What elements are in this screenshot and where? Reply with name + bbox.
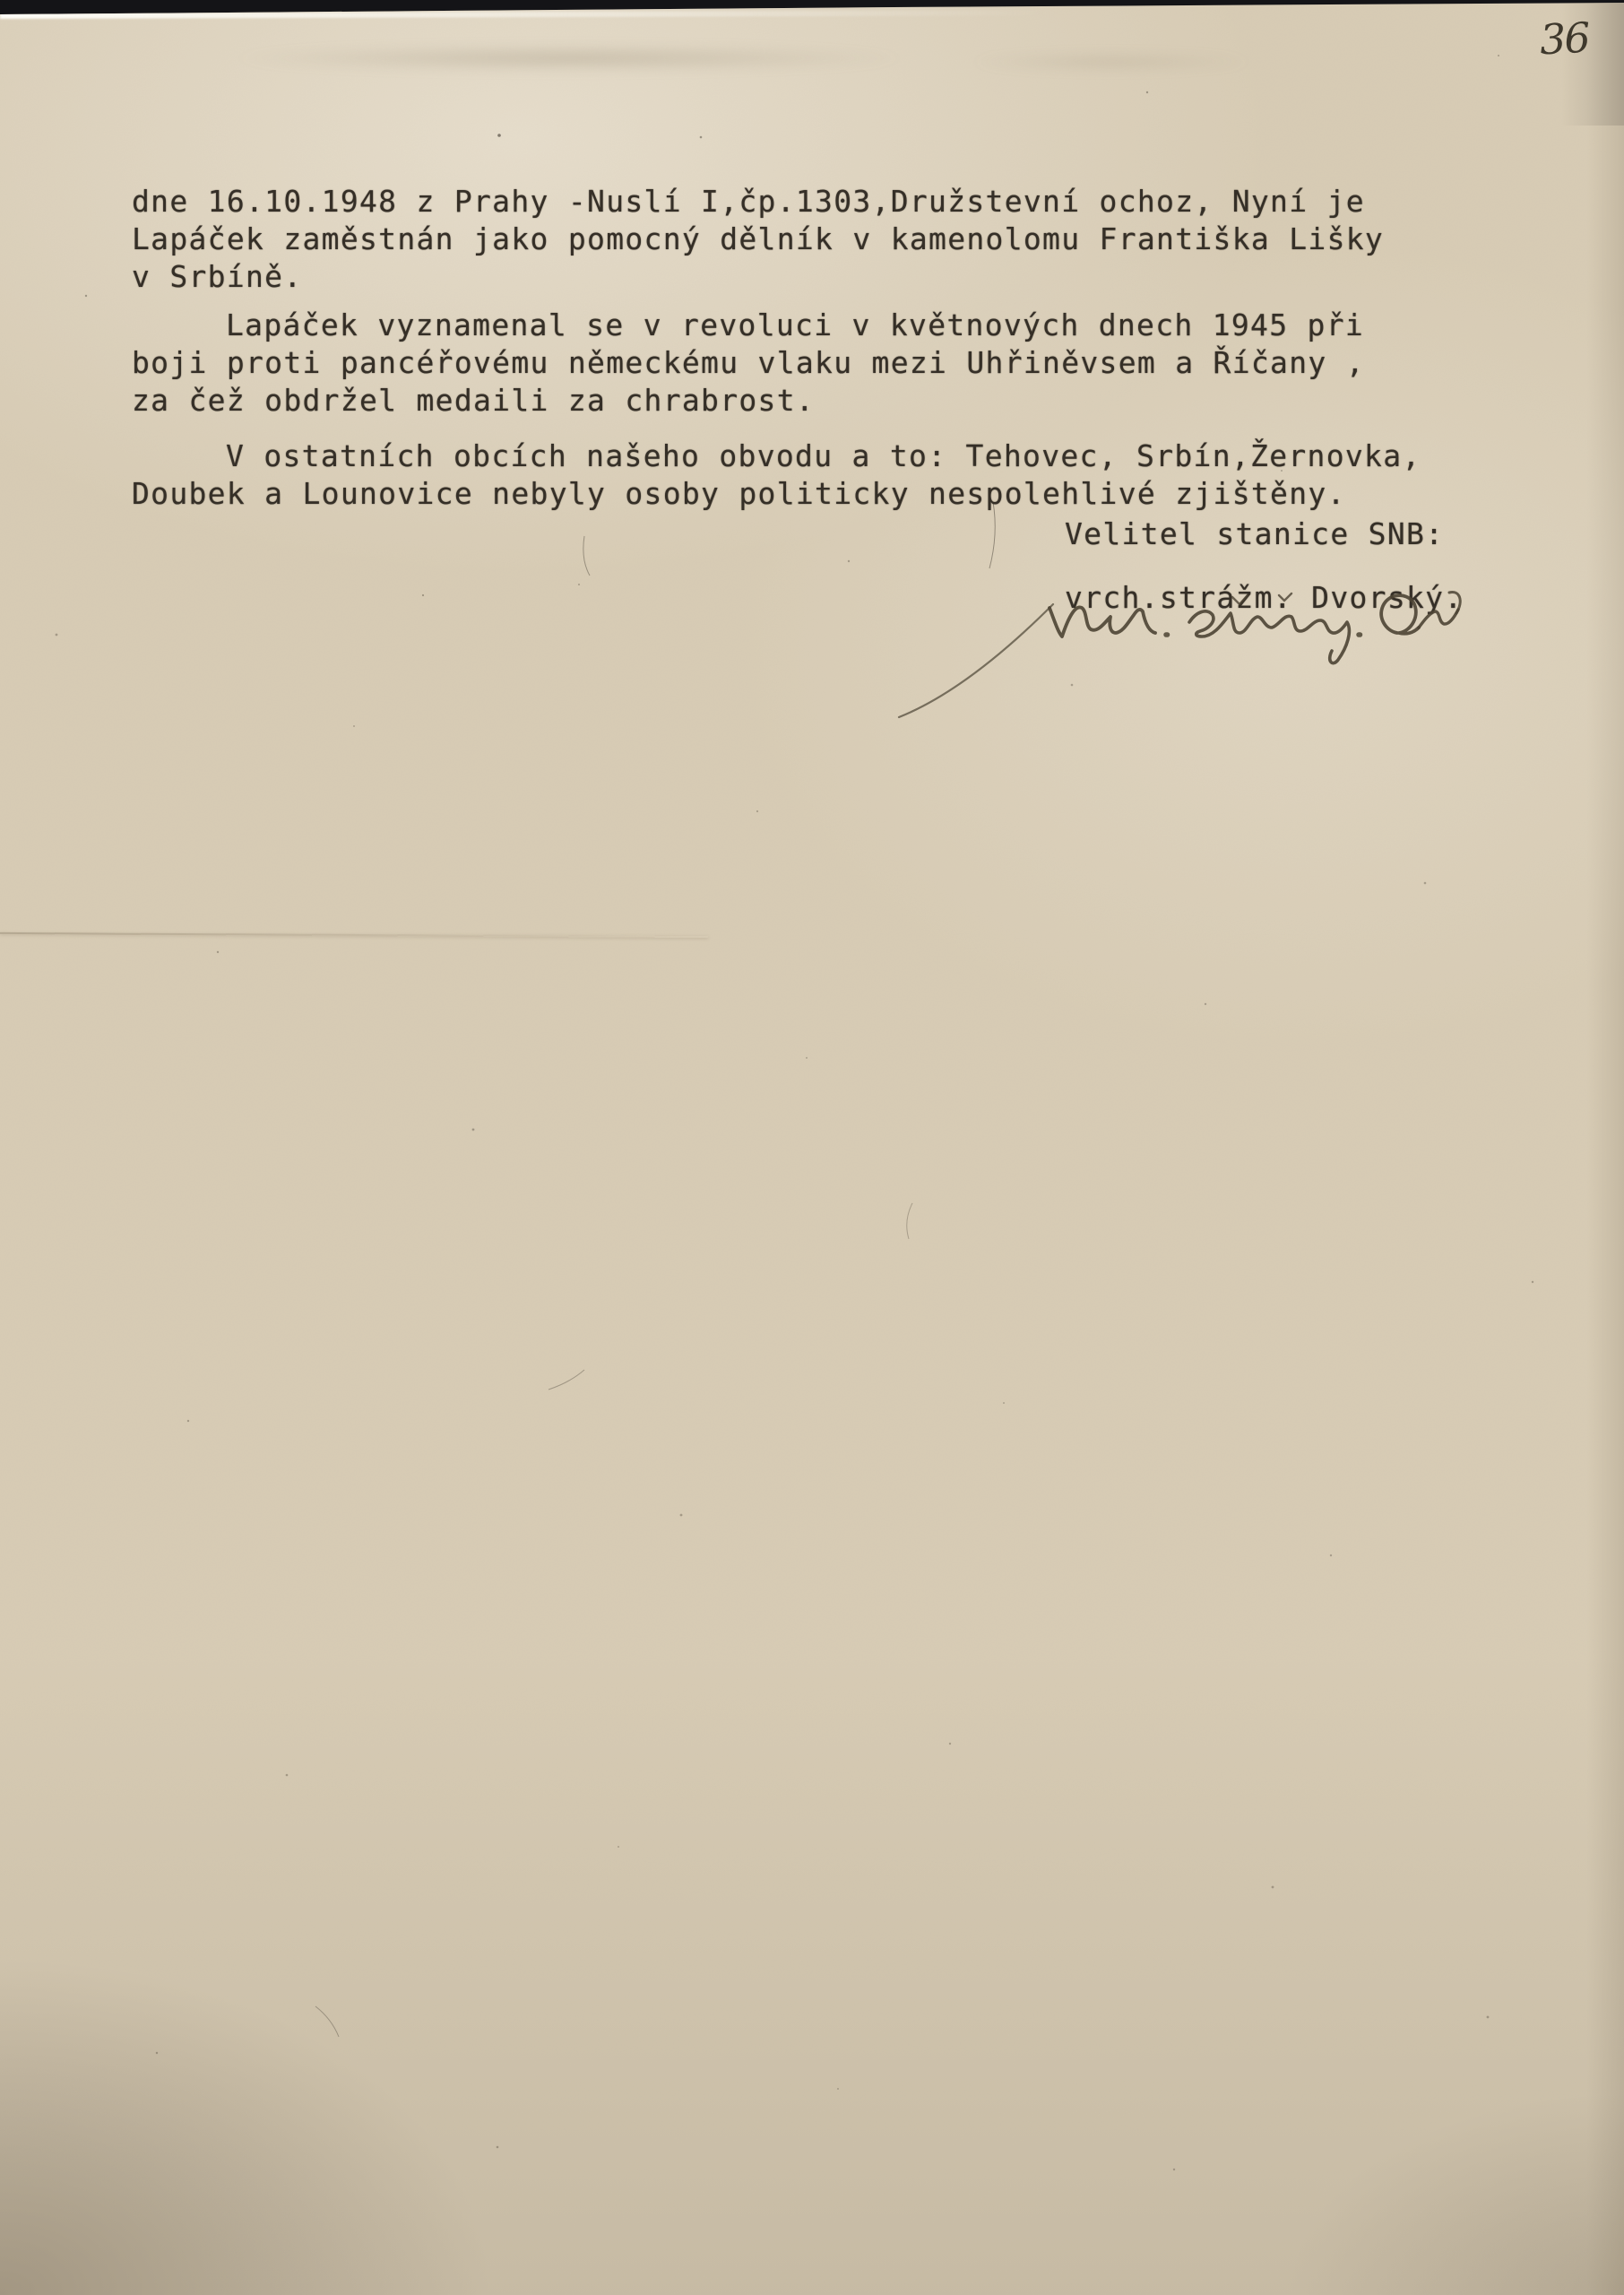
text-line: dne 16.10.1948 z Prahy -Nuslí I,čp.1303,…: [132, 183, 1467, 221]
text-line: za čež obdržel medaili za chrabrost.: [132, 382, 1467, 420]
text-line: boji proti pancéřovému německému vlaku m…: [132, 344, 1467, 382]
text-line: V ostatních obcích našeho obvodu a to: T…: [132, 437, 1467, 475]
paper-sheet: 36 dne 16.10.1948 z Prahy -Nuslí I,čp.13…: [0, 0, 1624, 2295]
handwritten-signature: [874, 581, 1483, 738]
paragraph: dne 16.10.1948 z Prahy -Nuslí I,čp.1303,…: [132, 183, 1467, 296]
paragraph: Lapáček vyznamenal se v revoluci v květn…: [132, 307, 1467, 420]
handwritten-page-number: 36: [1539, 13, 1590, 65]
signature-title: Velitel stanice SNB:: [1065, 516, 1464, 551]
scan-edge-highlight: [0, 10, 1136, 19]
document-body: dne 16.10.1948 z Prahy -Nuslí I,čp.1303,…: [132, 183, 1467, 513]
ink-smudge: [229, 45, 910, 72]
text-line: v Srbíně.: [132, 258, 1467, 296]
paper-crease: [0, 932, 708, 938]
scanned-document-page: 36 dne 16.10.1948 z Prahy -Nuslí I,čp.13…: [0, 0, 1624, 2295]
ink-smudge: [968, 52, 1255, 72]
paragraph: V ostatních obcích našeho obvodu a to: T…: [132, 437, 1467, 513]
text-line: Doubek a Lounovice nebyly osoby politick…: [132, 475, 1467, 513]
text-line: Lapáček zaměstnán jako pomocný dělník v …: [132, 221, 1467, 258]
text-line: Lapáček vyznamenal se v revoluci v květn…: [132, 307, 1467, 344]
